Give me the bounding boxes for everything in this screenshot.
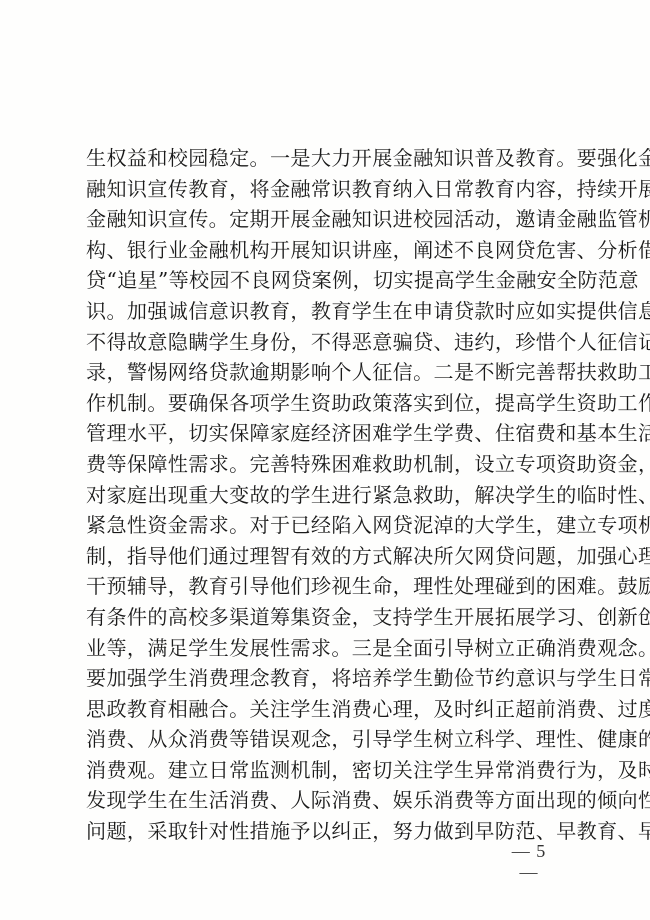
body-text: 生权益和校园稳定。一是大力开展金融知识普及教育。要强化金 融知识宣传教育，将金融… [86, 143, 570, 847]
text-line: 作机制。要确保各项学生资助政策落实到位，提高学生资助工作 [86, 388, 568, 419]
text-line: 融知识宣传教育，将金融常识教育纳入日常教育内容，持续开展 [86, 174, 568, 205]
text-line: 消费观。建立日常监测机制，密切关注学生异常消费行为，及时 [86, 755, 568, 786]
text-line: 发现学生在生活消费、人际消费、娱乐消费等方面出现的倾向性 [86, 785, 568, 816]
document-page: 生权益和校园稳定。一是大力开展金融知识普及教育。要强化金 融知识宣传教育，将金融… [0, 0, 650, 920]
text-line: 识。加强诚信意识教育，教育学生在申请贷款时应如实提供信息， [86, 296, 568, 327]
text-line: 金融知识宣传。定期开展金融知识进校园活动，邀请金融监管机 [86, 204, 568, 235]
text-line: 录，警惕网络贷款逾期影响个人征信。二是不断完善帮扶救助工 [86, 357, 568, 388]
page-number: — 5 — [500, 841, 558, 883]
text-line: 构、银行业金融机构开展知识讲座，阐述不良网贷危害、分析借 [86, 235, 568, 266]
text-line: 问题，采取针对性措施予以纠正，努力做到早防范、早教育、早 [86, 816, 568, 847]
text-line: 有条件的高校多渠道筹集资金，支持学生开展拓展学习、创新创 [86, 602, 568, 633]
text-line: 紧急性资金需求。对于已经陷入网贷泥淖的大学生，建立专项机 [86, 510, 568, 541]
text-line: 干预辅导，教育引导他们珍视生命，理性处理碰到的困难。鼓励 [86, 571, 568, 602]
text-line: 费等保障性需求。完善特殊困难救助机制，设立专项资助资金， [86, 449, 568, 480]
text-line: 消费、从众消费等错误观念，引导学生树立科学、理性、健康的 [86, 724, 568, 755]
text-line: 对家庭出现重大变故的学生进行紧急救助，解决学生的临时性、 [86, 480, 568, 511]
text-line: 贷“追星”等校园不良网贷案例，切实提高学生金融安全防范意 [86, 265, 568, 296]
text-line: 思政教育相融合。关注学生消费心理，及时纠正超前消费、过度 [86, 694, 568, 725]
text-line: 业等，满足学生发展性需求。三是全面引导树立正确消费观念。 [86, 633, 568, 664]
text-line: 不得故意隐瞒学生身份，不得恶意骗贷、违约，珍惜个人征信记 [86, 327, 568, 358]
text-line: 制，指导他们通过理智有效的方式解决所欠网贷问题，加强心理 [86, 541, 568, 572]
text-line: 生权益和校园稳定。一是大力开展金融知识普及教育。要强化金 [86, 143, 568, 174]
text-line: 要加强学生消费理念教育，将培养学生勤俭节约意识与学生日常 [86, 663, 568, 694]
text-line: 管理水平，切实保障家庭经济困难学生学费、住宿费和基本生活 [86, 418, 568, 449]
